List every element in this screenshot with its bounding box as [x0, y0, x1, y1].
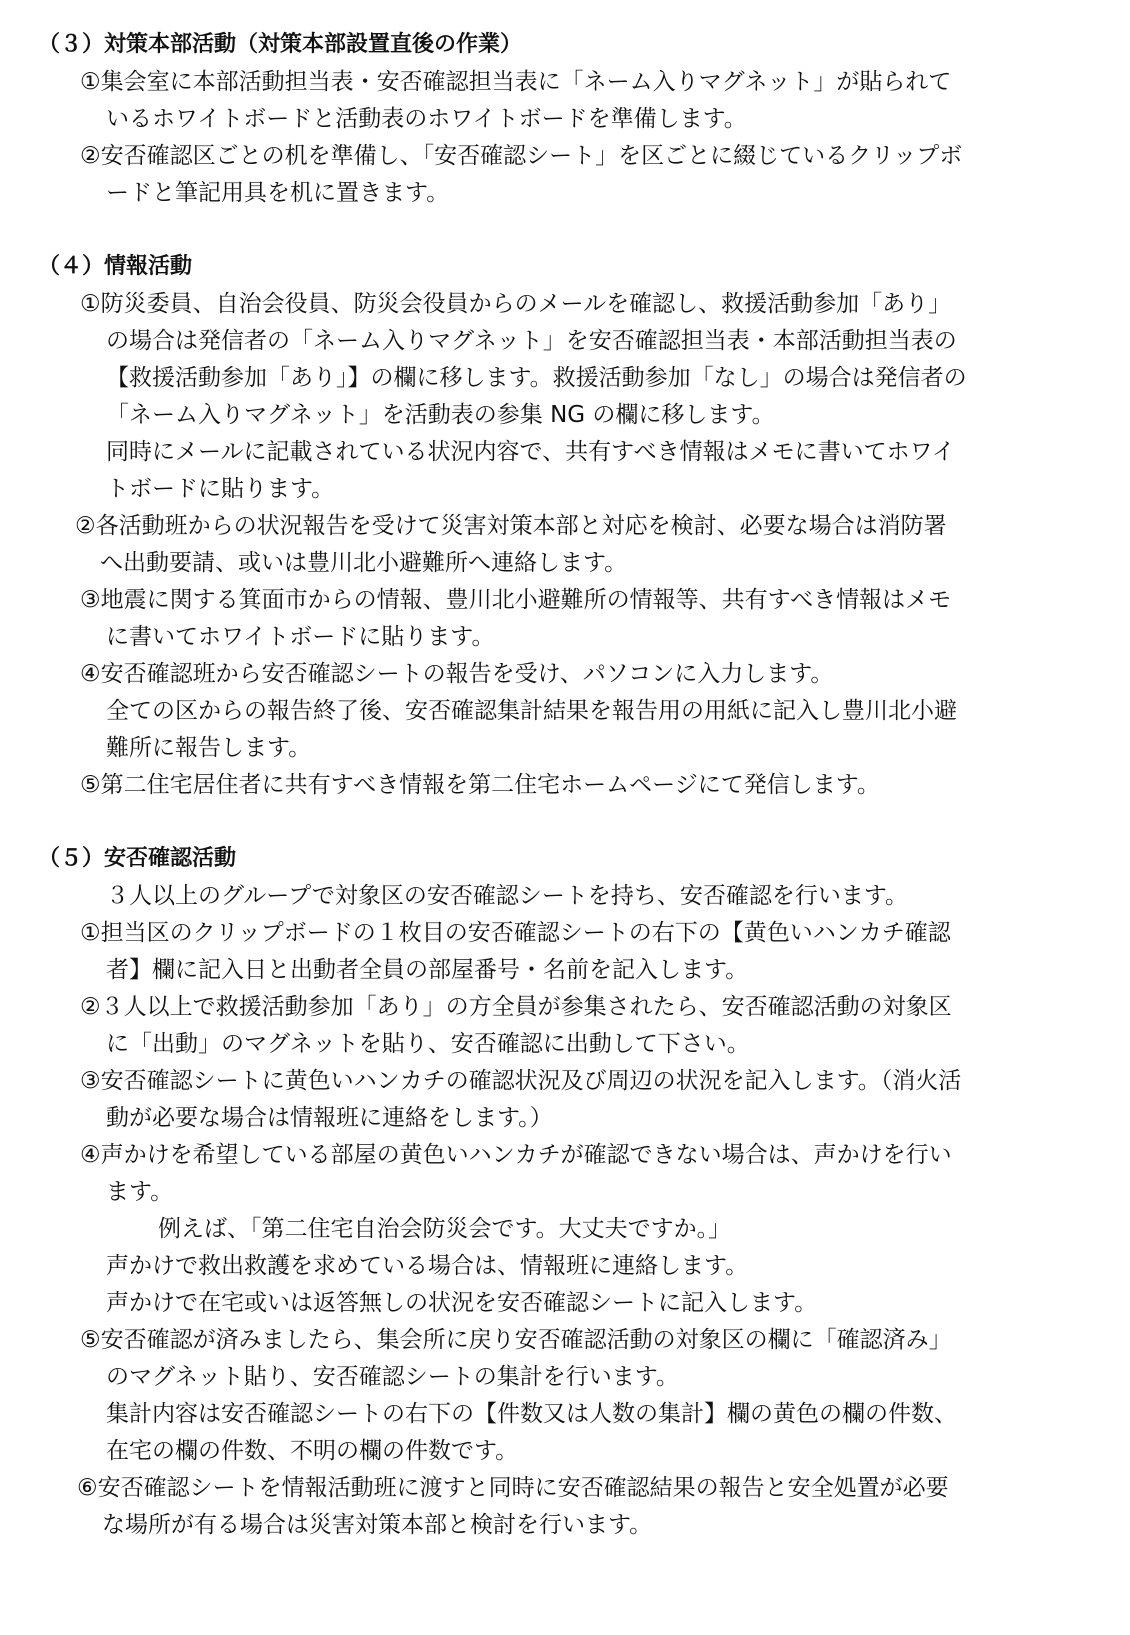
- list-item-line: のマグネット貼り、安否確認シートの集計を行います。: [106, 1362, 679, 1392]
- list-item-line: 全ての区からの報告終了後、安否確認集計結果を報告用の用紙に記入し豊川北小避: [106, 696, 957, 726]
- list-item-line: ます。: [106, 1177, 173, 1207]
- list-item-line: な場所が有る場合は災害対策本部と検討を行います。: [102, 1510, 652, 1540]
- list-item-line: ３人以上のグループで対象区の安否確認シートを持ち、安否確認を行います。: [106, 881, 908, 911]
- list-item-line: ードと筆記用具を机に置きます。: [106, 178, 449, 208]
- list-item-line: トボードに貼ります。: [106, 474, 334, 504]
- list-item-line: ⑤安否確認が済みましたら、集会所に戻り安否確認活動の対象区の欄に「確認済み」: [80, 1325, 952, 1355]
- list-item-line: 在宅の欄の件数、不明の欄の件数です。: [106, 1436, 518, 1466]
- list-item-line: 同時にメールに記載されている状況内容で、共有すべき情報はメモに書いてホワイ: [106, 437, 955, 467]
- example-line: 例えば、「第二住宅自治会防災会です。大丈夫ですか。」: [158, 1214, 731, 1244]
- list-item-line: の場合は発信者の「ネーム入りマグネット」を安否確認担当表・本部活動担当表の: [106, 326, 957, 356]
- list-item-line: 声かけで在宅或いは返答無しの状況を安否確認シートに記入します。: [106, 1288, 817, 1318]
- list-item-line: ①防災委員、自治会役員、防災会役員からのメールを確認し、救援活動参加「あり」: [80, 289, 951, 319]
- list-item-line: ⑤第二住宅居住者に共有すべき情報を第二住宅ホームページにて発信します。: [80, 770, 880, 800]
- section-heading: （３）対策本部活動（対策本部設置直後の作業）: [38, 30, 522, 60]
- list-item-line: ②各活動班からの状況報告を受けて災害対策本部と対応を検討、必要な場合は消防署: [75, 511, 947, 541]
- list-item-line: ⑥安否確認シートを情報活動班に渡すと同時に安否確認結果の報告と安全処置が必要: [77, 1473, 949, 1503]
- list-item-line: 者】欄に記入日と出動者全員の部屋番号・名前を記入します。: [106, 955, 748, 985]
- list-item-line: へ出動要請、或いは豊川北小避難所へ連絡します。: [100, 548, 627, 578]
- list-item-line: 【救援活動参加「あり」】の欄に移します。救援活動参加「なし」の場合は発信者の: [106, 363, 967, 393]
- list-item-line: に書いてホワイトボードに貼ります。: [106, 622, 494, 652]
- list-item-line: 動が必要な場合は情報班に連絡をします。）: [106, 1103, 553, 1133]
- section-heading: （４）情報活動: [38, 252, 192, 282]
- list-item-line: ③安否確認シートに黄色いハンカチの確認状況及び周辺の状況を記入します。（消火活: [80, 1066, 961, 1096]
- section-heading: （５）安否確認活動: [38, 844, 236, 874]
- list-item-line: 難所に報告します。: [106, 733, 311, 763]
- list-item-line: ②３人以上で救援活動参加「あり」の方全員が参集されたら、安否確認活動の対象区: [80, 992, 952, 1022]
- list-item-line: ②安否確認区ごとの机を準備し、「安否確認シート」を区ごとに綴じているクリップボ: [80, 141, 962, 171]
- list-item-line: 「ネーム入りマグネット」を活動表の参集 NG の欄に移します。: [106, 400, 775, 430]
- list-item-line: いるホワイトボードと活動表のホワイトボードを準備します。: [106, 104, 747, 134]
- list-item-line: ①集会室に本部活動担当表・安否確認担当表に「ネーム入りマグネット」が貼られて: [80, 67, 951, 97]
- list-item-line: ④声かけを希望している部屋の黄色いハンカチが確認できない場合は、声かけを行い: [80, 1140, 952, 1170]
- list-item-line: ④安否確認班から安否確認シートの報告を受け、パソコンに入力します。: [80, 659, 833, 689]
- list-item-line: ①担当区のクリップボードの１枚目の安否確認シートの右下の【黄色いハンカチ確認: [80, 918, 951, 948]
- list-item-line: 集計内容は安否確認シートの右下の【件数又は人数の集計】欄の黄色の欄の件数、: [106, 1399, 957, 1429]
- list-item-line: ③地震に関する箕面市からの情報、豊川北小避難所の情報等、共有すべき情報はメモ: [80, 585, 951, 615]
- list-item-line: に「出動」のマグネットを貼り、安否確認に出動して下さい。: [106, 1029, 750, 1059]
- list-item-line: 声かけで救出救護を求めている場合は、情報班に連絡します。: [106, 1251, 748, 1281]
